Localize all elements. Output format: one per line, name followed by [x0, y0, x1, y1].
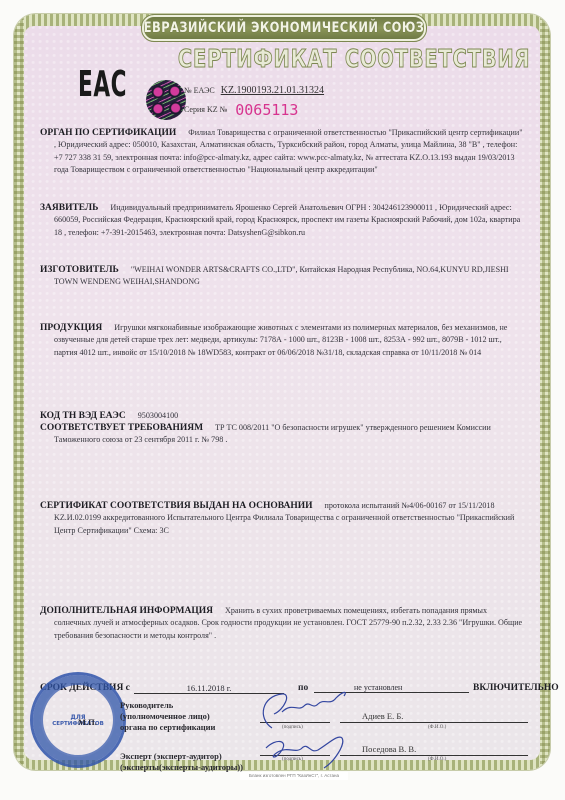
section-text: Индивидуальный предприниматель Ярошенко …	[54, 203, 520, 237]
section-label: ДОПОЛНИТЕЛЬНАЯ ИНФОРМАЦИЯ	[40, 606, 213, 616]
section-issue-basis: СЕРТИФИКАТ СООТВЕТСТВИЯ ВЫДАН НА ОСНОВАН…	[40, 500, 526, 537]
section-additional-info: ДОПОЛНИТЕЛЬНАЯ ИНФОРМАЦИЯХранить в сухих…	[40, 605, 526, 642]
name-caption: (Ф.И.О.)	[428, 757, 446, 762]
head-label: Руководитель	[120, 700, 243, 711]
section-text: "WEIHAI WONDER ARTS&CRAFTS CO.,LTD", Кит…	[54, 265, 509, 286]
section-certification-body: ОРГАН ПО СЕРТИФИКАЦИИФилиал Товарищества…	[40, 127, 526, 177]
head-signature-icon	[252, 688, 352, 732]
series-number-line: Серия KZ № 0065113	[184, 101, 298, 119]
section-label: СООТВЕТСТВУЕТ ТРЕБОВАНИЯМ	[40, 423, 203, 433]
head-name-line	[340, 722, 528, 723]
section-product: ПРОДУКЦИЯИгрушки мягконабивные изображаю…	[40, 322, 526, 359]
union-title: ЕВРАЗИЙСКИЙ ЭКОНОМИЧЕСКИЙ СОЮЗ	[144, 20, 425, 36]
head-name: Адиев Е. Б.	[362, 711, 403, 721]
section-label: СЕРТИФИКАТ СООТВЕТСТВИЯ ВЫДАН НА ОСНОВАН…	[40, 501, 313, 511]
signatory-labels: Руководитель (уполномоченное лицо) орган…	[120, 700, 243, 773]
eac-mark-icon: EAC	[78, 64, 127, 105]
expert-name: Поседова В. В.	[362, 744, 416, 754]
section-applicant: ЗАЯВИТЕЛЬИндивидуальный предприниматель …	[40, 202, 526, 239]
series-label: Серия KZ №	[184, 105, 227, 114]
section-label: ПРОДУКЦИЯ	[40, 323, 102, 333]
registration-label: № ЕАЭС	[184, 86, 215, 95]
head-label: органа по сертификации	[120, 722, 243, 733]
name-caption: (Ф.И.О.)	[428, 725, 446, 730]
seal-place-label: М.П.	[78, 717, 97, 727]
validity-inclusive: ВКЛЮЧИТЕЛЬНО	[473, 683, 559, 693]
expert-signature-icon	[252, 728, 352, 772]
registration-number: KZ.1900193.21.01.31324	[221, 85, 364, 96]
expert-name-line	[340, 755, 528, 756]
printer-note: Бланк изготовлен РГП "КазИнСт", г. Астан…	[240, 772, 348, 780]
section-label: ОРГАН ПО СЕРТИФИКАЦИИ	[40, 128, 176, 138]
section-label: КОД ТН ВЭД ЕАЭС	[40, 411, 126, 421]
section-label: ИЗГОТОВИТЕЛЬ	[40, 265, 119, 275]
section-label: ЗАЯВИТЕЛЬ	[40, 203, 98, 213]
registration-number-line: № ЕАЭС KZ.1900193.21.01.31324	[184, 85, 364, 96]
section-hs-code: КОД ТН ВЭД ЕАЭС9503004100	[40, 410, 526, 422]
hologram-icon	[146, 80, 186, 120]
expert-label: (эксперты(эксперты-аудиторы))	[120, 762, 243, 773]
series-number: 0065113	[235, 101, 298, 119]
section-manufacturer: ИЗГОТОВИТЕЛЬ"WEIHAI WONDER ARTS&CRAFTS C…	[40, 264, 526, 289]
head-label: (уполномоченное лицо)	[120, 711, 243, 722]
certificate-title: СЕРТИФИКАТ СООТВЕТСТВИЯ	[178, 44, 390, 73]
section-compliance: СООТВЕТСТВУЕТ ТРЕБОВАНИЯМТР ТС 008/2011 …	[40, 422, 526, 447]
expert-label: Эксперт (эксперт-аудитор)	[120, 751, 243, 762]
section-text: Игрушки мягконабивные изображающие живот…	[54, 323, 507, 357]
union-banner: ЕВРАЗИЙСКИЙ ЭКОНОМИЧЕСКИЙ СОЮЗ	[142, 15, 426, 41]
section-text: 9503004100	[138, 411, 178, 420]
